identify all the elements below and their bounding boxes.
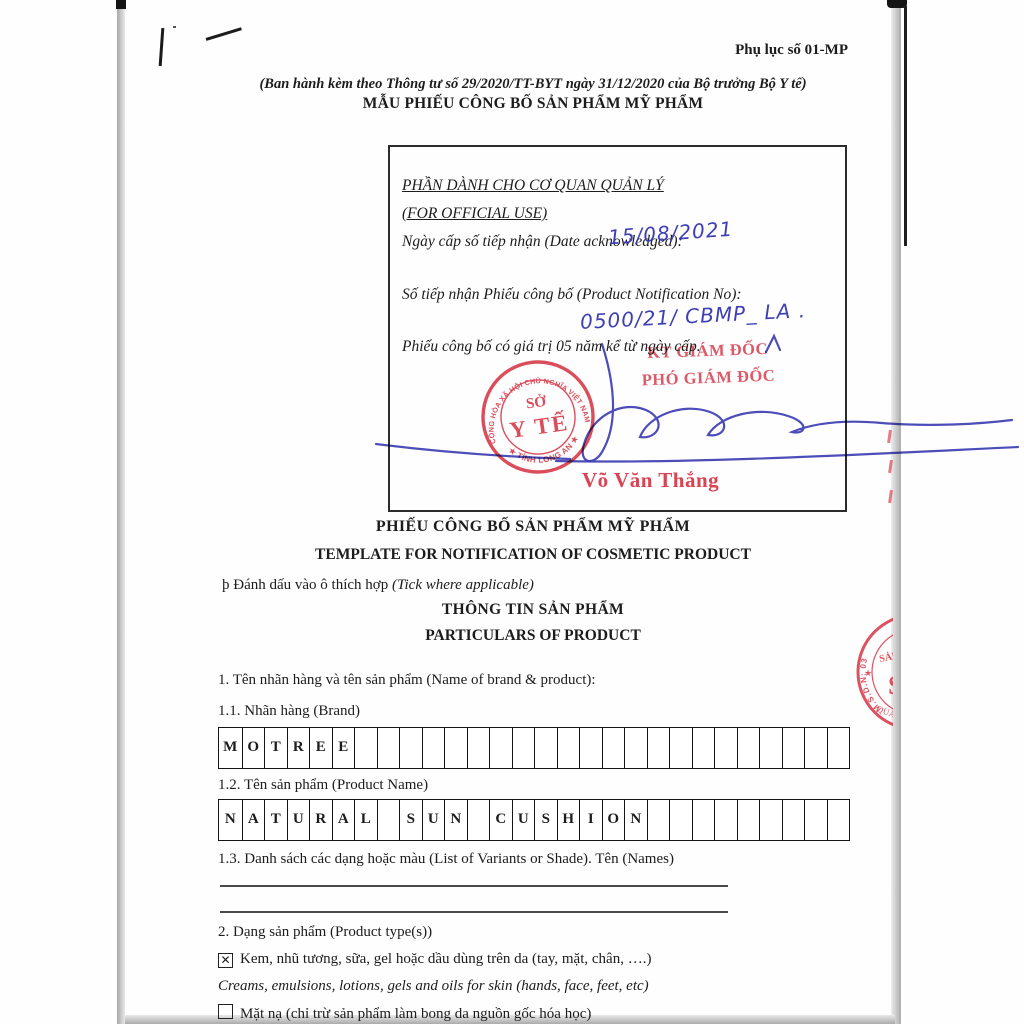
letter-cell: R xyxy=(309,800,332,840)
notification-no-label: Số tiếp nhận Phiếu công bố (Product Noti… xyxy=(402,286,742,304)
letter-cell: U xyxy=(287,800,310,840)
document-title-vi: PHIẾU CÔNG BỐ SẢN PHẨM MỸ PHẨM xyxy=(133,518,933,536)
official-box-heading-vi: PHẦN DÀNH CHO CƠ QUAN QUẢN LÝ xyxy=(402,177,664,195)
letter-cell: C xyxy=(489,800,512,840)
brand-letter-grid: MOTREE xyxy=(218,727,850,769)
letter-cell xyxy=(782,800,805,840)
letter-cell: M xyxy=(219,728,242,768)
letter-cell: U xyxy=(512,800,535,840)
letter-cell: H xyxy=(557,800,580,840)
signature-flourish-stroke xyxy=(583,344,1012,461)
letter-cell xyxy=(714,728,737,768)
letter-cell xyxy=(399,728,422,768)
tick-note-vi: þ Đánh dấu vào ô thích hợp xyxy=(222,577,392,593)
letter-cell: S xyxy=(399,800,422,840)
letter-cell: N xyxy=(444,800,467,840)
letter-cell xyxy=(512,728,535,768)
document-title-en: TEMPLATE FOR NOTIFICATION OF COSMETIC PR… xyxy=(133,546,933,564)
letter-cell: I xyxy=(579,800,602,840)
letter-cell xyxy=(422,728,445,768)
letter-cell xyxy=(377,728,400,768)
variants-blank-line-2 xyxy=(220,911,728,913)
variants-blank-line-1 xyxy=(220,885,728,887)
product-type-item-mask: Mặt nạ (chỉ trừ sản phẩm làm bong da ngu… xyxy=(218,1004,591,1023)
signer-name: Võ Văn Thắng xyxy=(582,468,719,493)
brand-label: 1.1. Nhãn hàng (Brand) xyxy=(218,703,360,720)
signature-cross-stroke xyxy=(376,444,570,459)
letter-cell xyxy=(669,800,692,840)
section2-heading: 2. Dạng sản phẩm (Product type(s)) xyxy=(218,924,432,941)
letter-cell xyxy=(737,800,760,840)
issuance-note: (Ban hành kèm theo Thông tư số 29/2020/T… xyxy=(133,76,933,93)
letter-cell: E xyxy=(309,728,332,768)
checkbox-unchecked-icon xyxy=(218,1004,233,1019)
scanned-document: Phụ lục số 01-MP (Ban hành kèm theo Thôn… xyxy=(0,0,1024,1024)
letter-cell: T xyxy=(264,728,287,768)
letter-cell xyxy=(714,800,737,840)
letter-cell xyxy=(737,728,760,768)
letter-cell xyxy=(489,728,512,768)
page-left-edge-cap xyxy=(116,0,126,9)
page-left-edge xyxy=(117,0,125,1024)
product-info-title-vi: THÔNG TIN SẢN PHẨM xyxy=(133,601,933,619)
letter-cell: E xyxy=(332,728,355,768)
edge-stamp-star: ★ xyxy=(864,668,872,678)
product-letter-grid: NATURALSUNCUSHION xyxy=(218,799,850,841)
signature-underline-stroke xyxy=(556,447,1018,462)
letter-cell xyxy=(557,728,580,768)
product-type-item-cream-label: Kem, nhũ tương, sữa, gel hoặc dầu dùng t… xyxy=(240,951,651,967)
checkbox-checked-icon: ✕ xyxy=(218,953,233,968)
letter-cell: L xyxy=(354,800,377,840)
pen-mark-dot xyxy=(173,26,176,28)
letter-cell xyxy=(669,728,692,768)
letter-cell xyxy=(692,800,715,840)
tick-where-applicable-note: þ Đánh dấu vào ô thích hợp (Tick where a… xyxy=(222,577,534,594)
product-type-item-cream: ✕Kem, nhũ tương, sữa, gel hoặc dầu dùng … xyxy=(218,951,651,968)
product-type-item-mask-label: Mặt nạ (chỉ trừ sản phẩm làm bong da ngu… xyxy=(240,1006,591,1022)
letter-cell: N xyxy=(624,800,647,840)
letter-cell xyxy=(804,728,827,768)
letter-cell xyxy=(804,800,827,840)
letter-cell: R xyxy=(287,728,310,768)
letter-cell xyxy=(377,800,400,840)
signature-tick-stroke xyxy=(766,336,780,352)
letter-cell xyxy=(602,728,625,768)
letter-cell xyxy=(624,728,647,768)
form-template-title: MẪU PHIẾU CÔNG BỐ SẢN PHẨM MỸ PHẨM xyxy=(133,95,933,113)
product-info-title-en: PARTICULARS OF PRODUCT xyxy=(133,627,933,645)
letter-cell: N xyxy=(219,800,242,840)
letter-cell xyxy=(467,800,490,840)
letter-cell xyxy=(444,728,467,768)
letter-cell: A xyxy=(332,800,355,840)
appendix-label: Phụ lục số 01-MP xyxy=(735,42,848,59)
letter-cell xyxy=(647,800,670,840)
edge-stamp-fragment1: SẢN xyxy=(878,649,893,665)
letter-cell xyxy=(827,800,850,840)
pen-mark-vertical xyxy=(159,28,164,66)
letter-cell: O xyxy=(602,800,625,840)
page-right-edge xyxy=(891,0,901,1024)
page-right-edge-line xyxy=(904,6,907,246)
letter-cell: S xyxy=(534,800,557,840)
letter-cell xyxy=(534,728,557,768)
letter-cell: A xyxy=(242,800,265,840)
official-box-heading-en: (FOR OFFICIAL USE) xyxy=(402,205,547,223)
tick-note-en: (Tick where applicable) xyxy=(392,577,534,593)
letter-cell xyxy=(354,728,377,768)
letter-cell xyxy=(647,728,670,768)
letter-cell xyxy=(827,728,850,768)
letter-cell: T xyxy=(264,800,287,840)
date-acknowledged-value: 15/08/2021 xyxy=(607,217,734,250)
variants-label: 1.3. Danh sách các dạng hoặc màu (List o… xyxy=(218,851,674,868)
signature-ink xyxy=(370,330,1024,480)
letter-cell: U xyxy=(422,800,445,840)
letter-cell xyxy=(467,728,490,768)
letter-cell xyxy=(579,728,602,768)
section1-heading: 1. Tên nhãn hàng và tên sản phẩm (Name o… xyxy=(218,672,596,689)
product-type-item-cream-en: Creams, emulsions, lotions, gels and oil… xyxy=(218,978,649,995)
letter-cell xyxy=(782,728,805,768)
letter-cell xyxy=(759,800,782,840)
pen-mark-diagonal xyxy=(206,27,242,40)
edge-stamp-fragment2: S xyxy=(888,671,893,700)
product-name-label: 1.2. Tên sản phẩm (Product Name) xyxy=(218,777,428,794)
letter-cell: O xyxy=(242,728,265,768)
letter-cell xyxy=(692,728,715,768)
letter-cell xyxy=(759,728,782,768)
